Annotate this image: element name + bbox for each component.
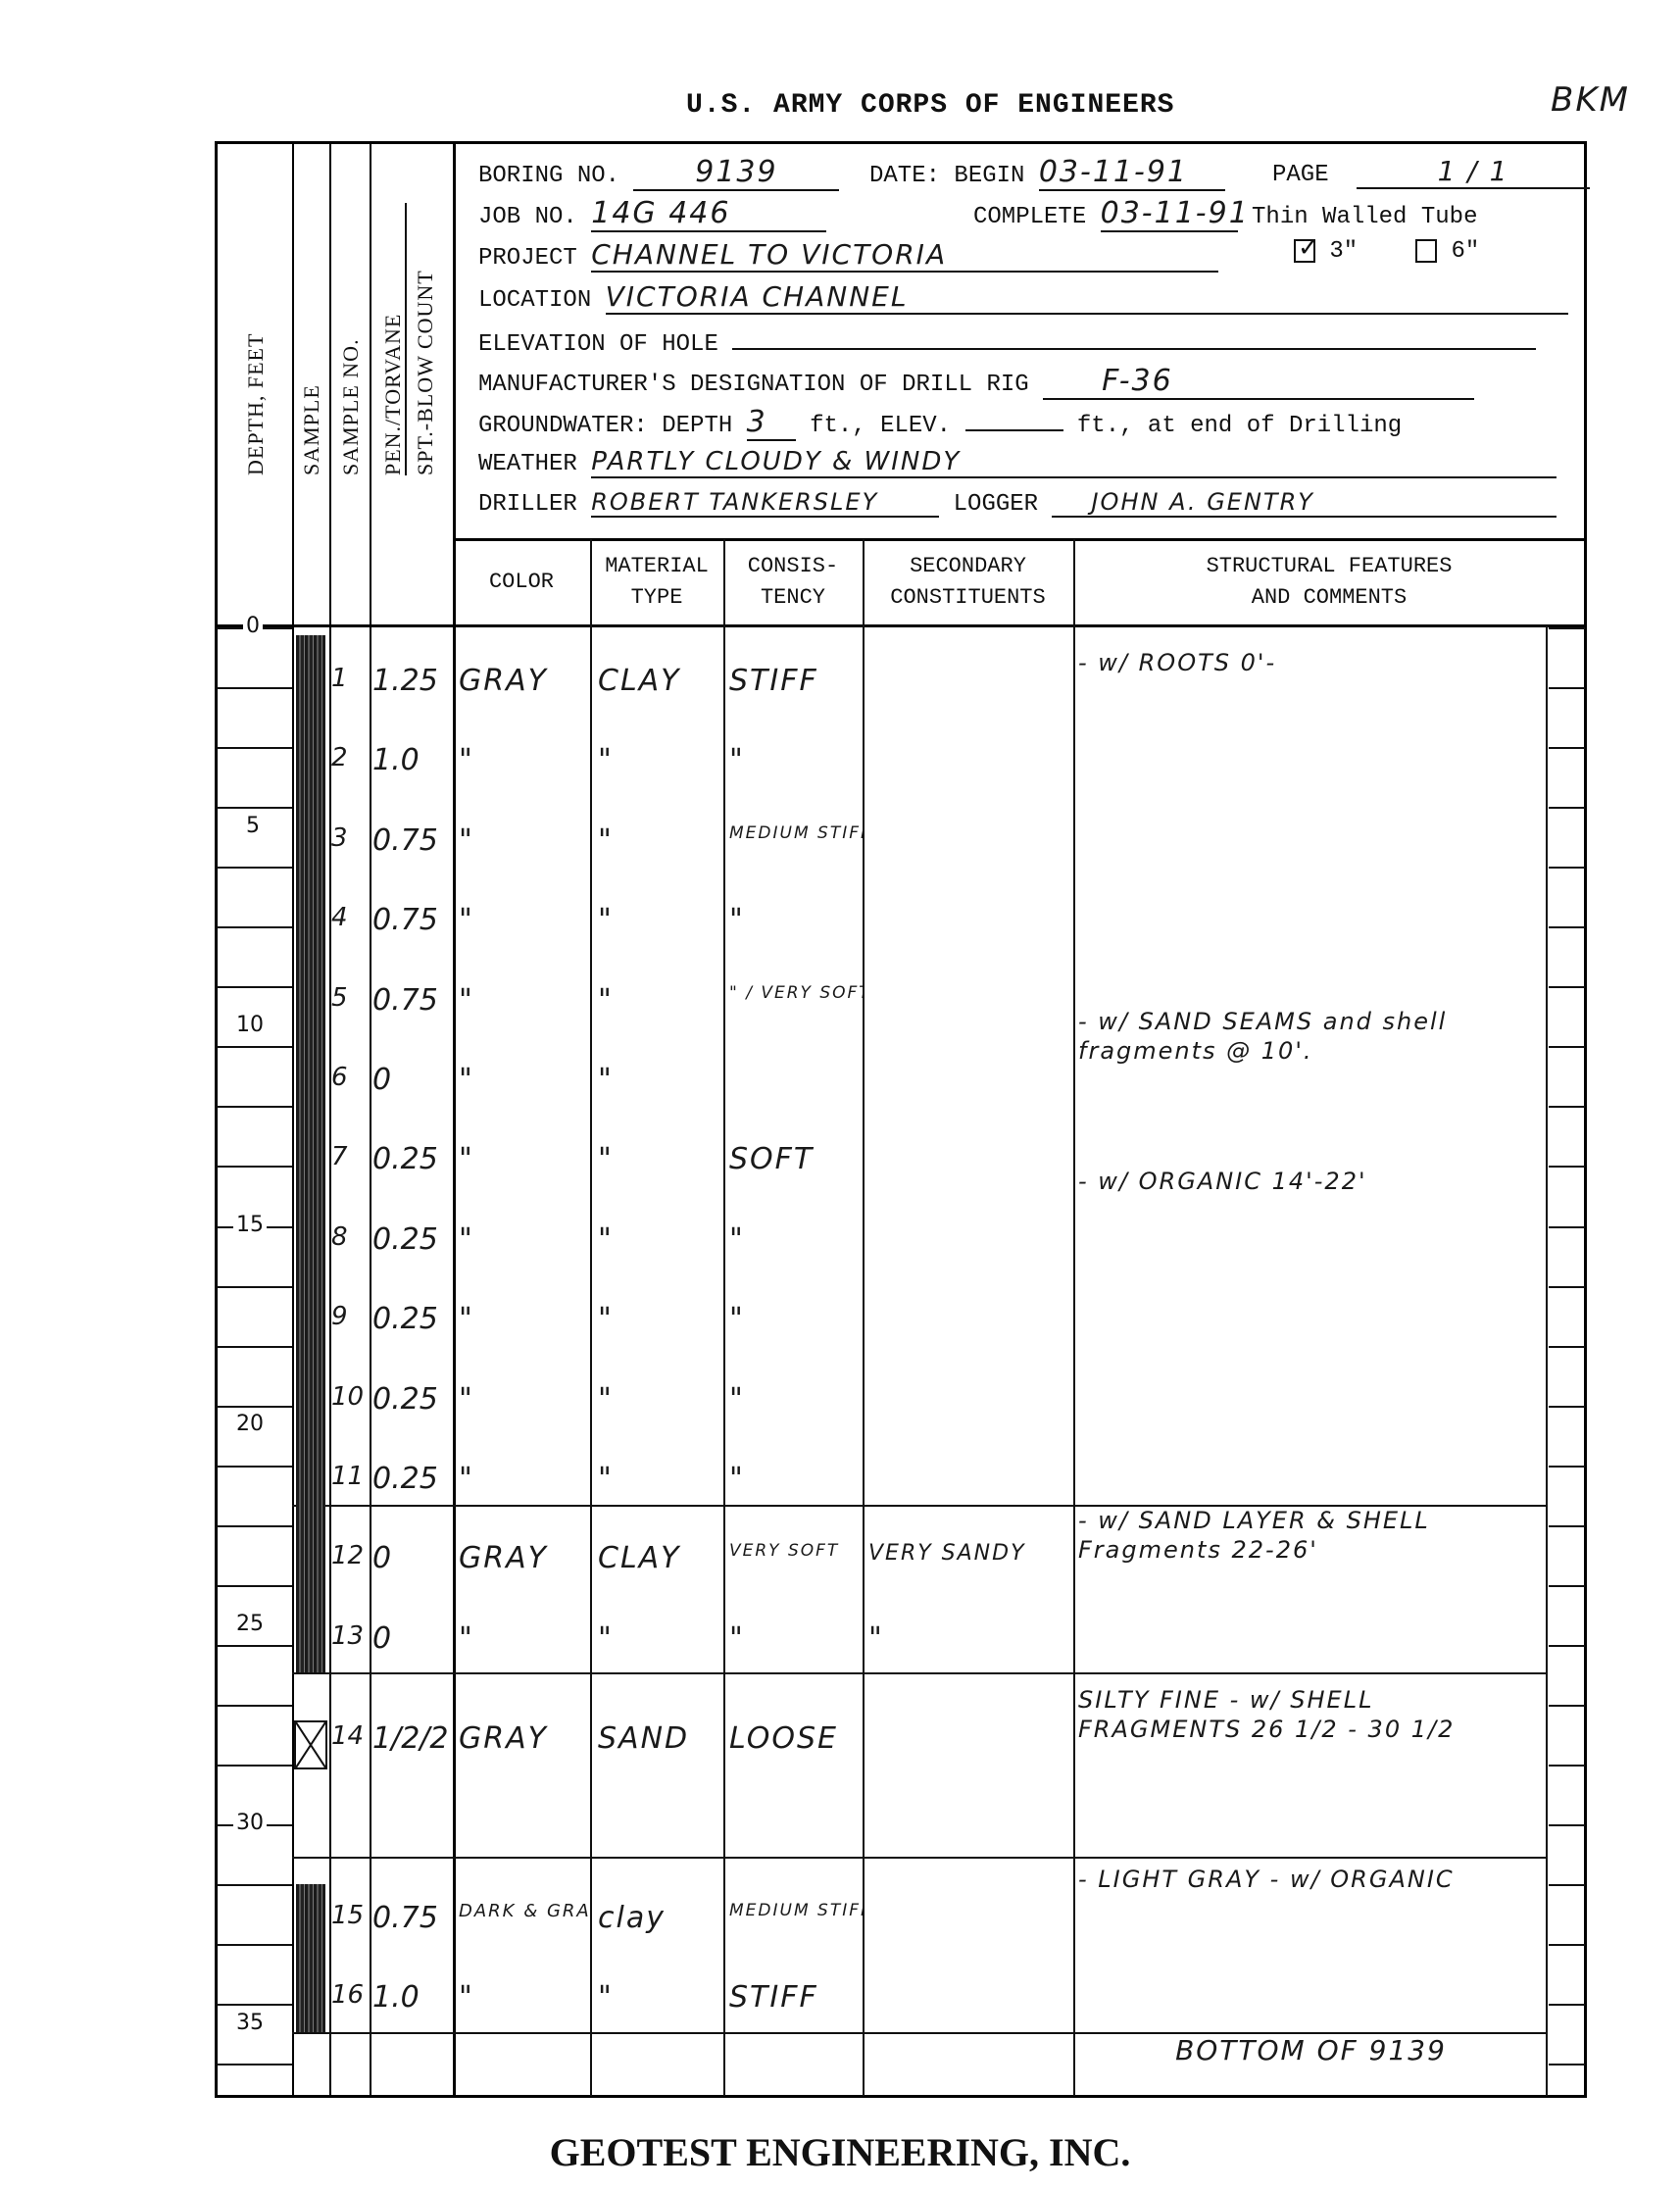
secondary-constituents-header: SECONDARYCONSTITUENTS — [863, 551, 1073, 614]
depth-tick — [217, 867, 292, 869]
color-value: " — [459, 1222, 590, 1257]
depth-tick — [217, 1585, 292, 1587]
page-row: PAGE 1 / 1 — [1272, 155, 1590, 189]
structural-comment: - w/ SAND SEAMS and shell fragments @ 10… — [1078, 1007, 1544, 1066]
sample-number: 14 — [331, 1721, 371, 1751]
consistency-value: " — [729, 903, 863, 937]
depth-tick — [217, 926, 292, 928]
color-value: " — [459, 1980, 590, 2015]
sample-number: 5 — [331, 983, 371, 1013]
comment-tick — [1549, 867, 1585, 869]
material-value: CLAY — [598, 664, 723, 698]
color-value: " — [459, 1302, 590, 1336]
color-value: " — [459, 743, 590, 777]
complete-label: COMPLETE — [973, 204, 1086, 230]
logger-label: LOGGER — [954, 491, 1038, 518]
tube-label: Thin Walled Tube — [1252, 204, 1477, 230]
tube-3in-checkbox[interactable]: ✓ — [1294, 239, 1315, 263]
sample-number: 11 — [331, 1462, 371, 1491]
comment-tick — [1549, 1166, 1585, 1168]
comment-tick — [1549, 687, 1585, 689]
comment-tick — [1549, 1226, 1585, 1228]
divider — [723, 539, 725, 2096]
material-value: CLAY — [598, 1541, 723, 1575]
logger-field[interactable]: JOHN A. GENTRY — [1052, 488, 1556, 518]
color-header: COLOR — [453, 567, 590, 598]
complete-field[interactable]: 03-11-91 — [1101, 196, 1238, 232]
job-no-field[interactable]: 14G 446 — [591, 196, 826, 232]
comment-tick — [1549, 1645, 1585, 1647]
depth-label: 5 — [243, 814, 263, 838]
color-value: " — [459, 1382, 590, 1417]
material-value: clay — [598, 1901, 723, 1935]
spt-blow-count-header: SPT.-BLOW COUNT — [413, 270, 438, 475]
comment-tick — [1549, 1406, 1585, 1408]
sample-number: 9 — [331, 1302, 371, 1331]
comment-tick — [1549, 1705, 1585, 1707]
consistency-value: STIFF — [729, 1980, 863, 2015]
color-value: GRAY — [459, 664, 590, 698]
complete-row: COMPLETE 03-11-91 Thin Walled Tube — [973, 196, 1477, 232]
consistency-value: MEDIUM STIFF — [729, 823, 863, 843]
pen-torvane-header: PEN./TORVANE — [380, 314, 406, 475]
pen-torvane-value: 0 — [372, 1621, 455, 1656]
reviewer-initials: BKM — [1551, 80, 1630, 120]
sample-number: 6 — [331, 1063, 371, 1092]
agency-title: U.S. ARMY CORPS OF ENGINEERS — [686, 90, 1174, 121]
comment-tick — [1549, 747, 1585, 749]
pen-torvane-value: 1.0 — [372, 1980, 455, 2015]
weather-field[interactable]: PARTLY CLOUDY & WINDY — [591, 447, 1556, 478]
split-spoon-sample-icon — [294, 1720, 327, 1769]
driller-field[interactable]: ROBERT TANKERSLEY — [591, 488, 939, 518]
material-value: " — [598, 1222, 723, 1257]
consistency-value: SOFT — [729, 1142, 863, 1176]
drill-rig-row: MANUFACTURER'S DESIGNATION OF DRILL RIG … — [478, 364, 1474, 400]
pen-torvane-value: 0.25 — [372, 1302, 455, 1336]
depth-label: 25 — [233, 1612, 267, 1636]
comment-tick — [1549, 2064, 1585, 2066]
depth-label: 20 — [233, 1412, 267, 1436]
depth-tick — [217, 1944, 292, 1946]
comment-tick — [1549, 1824, 1585, 1826]
weather-label: WEATHER — [478, 451, 577, 477]
material-value: " — [598, 823, 723, 858]
comment-tick — [1549, 1346, 1585, 1348]
material-value: " — [598, 983, 723, 1018]
job-no-label: JOB NO. — [478, 204, 577, 230]
color-value: GRAY — [459, 1721, 590, 1756]
comment-tick — [1549, 2004, 1585, 2006]
structural-comment: - w/ ROOTS 0'- — [1078, 648, 1544, 677]
pen-torvane-value: 0.75 — [372, 1901, 455, 1935]
drill-rig-field[interactable]: F-36 — [1043, 364, 1474, 400]
driller-row: DRILLER ROBERT TANKERSLEY LOGGER JOHN A.… — [478, 488, 1556, 518]
consistency-value: STIFF — [729, 664, 863, 698]
date-begin-field[interactable]: 03-11-91 — [1039, 155, 1225, 191]
gw-elev-field[interactable] — [965, 406, 1063, 431]
depth-label: 0 — [243, 614, 263, 638]
pen-torvane-value: 0.25 — [372, 1222, 455, 1257]
depth-tick — [217, 986, 292, 988]
comment-tick — [1549, 1944, 1585, 1946]
divider — [453, 538, 1587, 541]
groundwater-depth-field[interactable]: 3 — [747, 405, 796, 441]
pen-torvane-value: 0.25 — [372, 1382, 455, 1417]
depth-tick — [217, 1525, 292, 1527]
structural-comment: - LIGHT GRAY - w/ ORGANIC — [1078, 1865, 1544, 1894]
color-value: " — [459, 1063, 590, 1097]
depth-tick — [217, 1406, 292, 1408]
pen-torvane-value: 0.25 — [372, 1462, 455, 1496]
sample-number: 13 — [331, 1621, 371, 1651]
divider — [329, 141, 331, 2098]
sample-number: 8 — [331, 1222, 371, 1252]
driller-label: DRILLER — [478, 491, 577, 518]
comment-tick — [1549, 1046, 1585, 1048]
depth-tick — [217, 747, 292, 749]
comment-tick — [1549, 926, 1585, 928]
divider — [292, 141, 294, 2098]
material-value: " — [598, 743, 723, 777]
depth-tick — [217, 1705, 292, 1707]
color-value: " — [459, 983, 590, 1018]
pen-spt-divider — [405, 203, 407, 475]
depth-tick — [217, 1765, 292, 1767]
material-value: " — [598, 1142, 723, 1176]
project-row: PROJECT CHANNEL TO VICTORIA — [478, 238, 1218, 273]
boring-no-label: BORING NO. — [478, 163, 619, 189]
depth-tick — [217, 2064, 292, 2066]
boring-no-row: BORING NO. 9139 — [478, 155, 839, 191]
structural-comment: - w/ SAND LAYER & SHELL Fragments 22-26' — [1078, 1506, 1544, 1565]
depth-tick — [217, 1106, 292, 1108]
tube-6in-label: 6" — [1451, 238, 1479, 265]
consistency-value: " — [729, 1302, 863, 1336]
consistency-value: " — [729, 1621, 863, 1656]
depth-tick — [217, 1645, 292, 1647]
comment-tick — [1549, 1106, 1585, 1108]
job-no-row: JOB NO. 14G 446 — [478, 196, 826, 232]
divider — [863, 539, 865, 2096]
depth-tick — [217, 1046, 292, 1048]
location-field[interactable]: VICTORIA CHANNEL — [606, 280, 1568, 315]
pen-torvane-value: 0.25 — [372, 1142, 455, 1176]
divider — [370, 141, 371, 2098]
consistency-value: " — [729, 743, 863, 777]
groundwater-row: GROUNDWATER: DEPTH 3 ft., ELEV. ft., at … — [478, 405, 1402, 441]
depth-tick — [217, 687, 292, 689]
tube-6in-checkbox[interactable] — [1415, 239, 1437, 263]
depth-tick — [217, 1286, 292, 1288]
consistency-value: " — [729, 1222, 863, 1257]
material-value: " — [598, 1621, 723, 1656]
material-value: " — [598, 1462, 723, 1496]
secondary-value: VERY SANDY — [868, 1541, 1072, 1566]
sample-number: 1 — [331, 664, 371, 693]
date-begin-row: DATE: BEGIN 03-11-91 — [869, 155, 1225, 191]
layer-boundary — [292, 1857, 1547, 1859]
company-footer: GEOTEST ENGINEERING, INC. — [0, 2129, 1680, 2175]
secondary-value: " — [868, 1621, 1072, 1656]
color-value: " — [459, 903, 590, 937]
sample-number: 4 — [331, 903, 371, 932]
divider — [590, 539, 592, 2096]
elevation-row: ELEVATION OF HOLE — [478, 323, 1536, 358]
color-value: " — [459, 1142, 590, 1176]
weather-row: WEATHER PARTLY CLOUDY & WINDY — [478, 447, 1556, 478]
depth-tick — [217, 807, 292, 809]
location-label: LOCATION — [478, 287, 591, 314]
project-field[interactable]: CHANNEL TO VICTORIA — [591, 238, 1218, 273]
color-value: " — [459, 1621, 590, 1656]
layer-boundary — [292, 1672, 1547, 1674]
depth-tick — [217, 1466, 292, 1468]
sample-number: 12 — [331, 1541, 371, 1570]
comment-tick — [1549, 1286, 1585, 1288]
sample-number: 15 — [331, 1901, 371, 1930]
material-value: " — [598, 903, 723, 937]
pen-torvane-value: 0.75 — [372, 983, 455, 1018]
tube-3in-label: 3" — [1329, 238, 1358, 265]
tube-size-options: ✓ 3" 6" — [1294, 238, 1479, 265]
consistency-header: CONSIS-TENCY — [723, 551, 863, 614]
color-value: " — [459, 823, 590, 858]
page-field[interactable]: 1 / 1 — [1357, 155, 1590, 189]
pen-torvane-value: 0.75 — [372, 823, 455, 858]
divider — [215, 624, 1587, 627]
divider — [453, 141, 456, 2098]
date-begin-label: DATE: BEGIN — [869, 163, 1024, 189]
comment-tick — [1549, 1765, 1585, 1767]
sample-no-header: SAMPLE NO. — [338, 338, 364, 475]
page-label: PAGE — [1272, 162, 1329, 188]
depth-label: 30 — [233, 1811, 267, 1835]
consistency-value: LOOSE — [729, 1721, 863, 1756]
material-value: " — [598, 1980, 723, 2015]
structural-comment: SILTY FINE - w/ SHELL FRAGMENTS 26 1/2 -… — [1078, 1685, 1544, 1744]
comment-tick — [1549, 807, 1585, 809]
consistency-value: " — [729, 1382, 863, 1417]
divider — [1546, 625, 1548, 2096]
material-value: " — [598, 1302, 723, 1336]
depth-tick — [217, 1346, 292, 1348]
material-value: " — [598, 1063, 723, 1097]
material-type-header: MATERIALTYPE — [590, 551, 723, 614]
sample-interval — [296, 635, 325, 1672]
structural-comment: BOTTOM OF 9139 — [1078, 2036, 1544, 2066]
depth-tick — [217, 1884, 292, 1886]
pen-torvane-value: 0 — [372, 1063, 455, 1097]
structural-features-header: STRUCTURAL FEATURESAND COMMENTS — [1073, 551, 1585, 614]
sample-number: 3 — [331, 823, 371, 853]
pen-torvane-value: 0.75 — [372, 903, 455, 937]
pen-torvane-value: 1.0 — [372, 743, 455, 777]
drill-rig-label: MANUFACTURER'S DESIGNATION OF DRILL RIG — [478, 372, 1029, 398]
elevation-field[interactable] — [732, 323, 1536, 350]
structural-comment: - w/ ORGANIC 14'-22' — [1078, 1167, 1544, 1196]
depth-label: 15 — [233, 1213, 267, 1237]
gw-end-label: ft., at end of Drilling — [1077, 413, 1402, 439]
comment-tick — [1549, 1884, 1585, 1886]
consistency-value: " / VERY SOFT — [729, 983, 863, 1003]
project-label: PROJECT — [478, 245, 577, 272]
comment-tick — [1549, 1525, 1585, 1527]
depth-label: 35 — [233, 2011, 267, 2035]
gw-elev-label: ft., ELEV. — [810, 413, 951, 439]
elevation-label: ELEVATION OF HOLE — [478, 331, 718, 358]
depth-feet-header: DEPTH, FEET — [243, 333, 269, 475]
consistency-value: MEDIUM STIFF — [729, 1901, 863, 1920]
consistency-value: VERY SOFT — [729, 1541, 863, 1561]
sample-number: 10 — [331, 1382, 371, 1412]
sample-number: 2 — [331, 743, 371, 772]
check-mark-icon: ✓ — [1298, 233, 1319, 263]
depth-tick — [217, 2004, 292, 2006]
pen-torvane-value: 1/2/2 — [372, 1721, 455, 1756]
divider — [1073, 539, 1075, 2096]
location-row: LOCATION VICTORIA CHANNEL — [478, 280, 1568, 315]
color-value: GRAY — [459, 1541, 590, 1575]
material-value: " — [598, 1382, 723, 1417]
comment-tick — [1549, 1466, 1585, 1468]
consistency-value: " — [729, 1462, 863, 1496]
sample-number: 7 — [331, 1142, 371, 1171]
material-value: SAND — [598, 1721, 723, 1756]
sample-header: SAMPLE — [299, 384, 324, 475]
comment-tick — [1549, 1585, 1585, 1587]
sample-number: 16 — [331, 1980, 371, 2010]
color-value: DARK & GRAY — [459, 1901, 590, 1921]
pen-torvane-value: 1.25 — [372, 664, 455, 698]
sample-interval — [296, 1884, 325, 2032]
pen-torvane-value: 0 — [372, 1541, 455, 1575]
groundwater-label: GROUNDWATER: DEPTH — [478, 413, 732, 439]
depth-tick — [217, 1166, 292, 1168]
color-value: " — [459, 1462, 590, 1496]
depth-label: 10 — [233, 1013, 267, 1037]
boring-no-field[interactable]: 9139 — [633, 155, 839, 191]
comment-tick — [1549, 986, 1585, 988]
comment-tick — [1549, 627, 1585, 629]
